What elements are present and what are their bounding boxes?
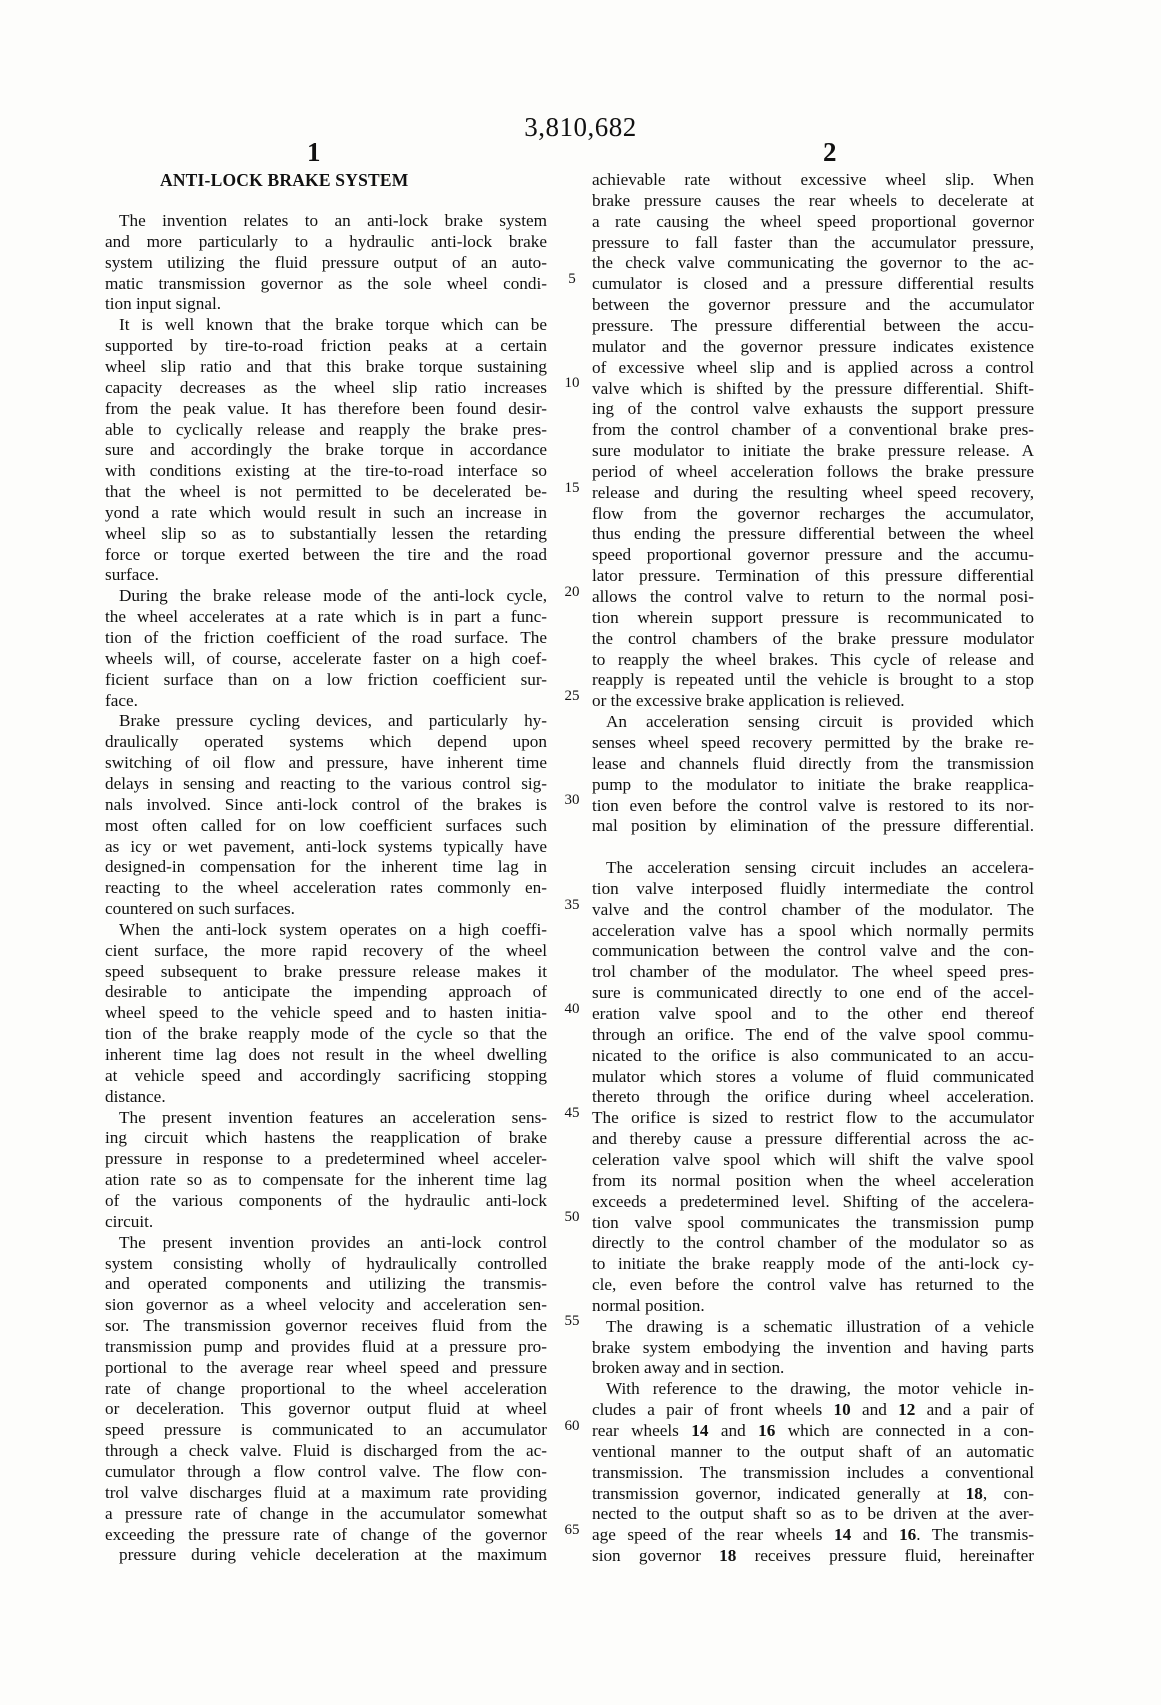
text-line: trol valve discharges fluid at a maximum… bbox=[105, 1482, 547, 1503]
text-line: and thereby cause a pressure differentia… bbox=[592, 1128, 1034, 1149]
text-line: wheel speed to the vehicle speed and to … bbox=[105, 1002, 547, 1023]
text-line: mulator which stores a volume of fluid c… bbox=[592, 1066, 1034, 1087]
text-line: sure modulator to initiate the brake pre… bbox=[592, 440, 1034, 461]
text-line: rate of change proportional to the wheel… bbox=[105, 1378, 547, 1399]
text-line: broken away and in section. bbox=[592, 1357, 1034, 1378]
text-line: circuit. bbox=[105, 1211, 547, 1232]
text-line: designed-in compensation for the inheren… bbox=[105, 856, 547, 877]
text-line: tion even before the control valve is re… bbox=[592, 795, 1034, 816]
margin-line-number: 35 bbox=[560, 897, 584, 914]
text-line: system consisting wholly of hydraulicall… bbox=[105, 1253, 547, 1274]
margin-line-number: 30 bbox=[560, 792, 584, 809]
text-line: tion valve interposed fluidly intermedia… bbox=[592, 878, 1034, 899]
text-line: or deceleration. This governor output fl… bbox=[105, 1398, 547, 1419]
margin-line-number: 15 bbox=[560, 480, 584, 497]
text-line: sure is communicated directly to one end… bbox=[592, 982, 1034, 1003]
margin-line-number: 60 bbox=[560, 1418, 584, 1435]
text-line: surface. bbox=[105, 564, 547, 585]
text-line bbox=[592, 836, 1034, 857]
text-line: countered on such surfaces. bbox=[105, 898, 547, 919]
text-line: from the control chamber of a convention… bbox=[592, 419, 1034, 440]
text-line: age speed of the rear wheels 14 and 16. … bbox=[592, 1524, 1034, 1545]
column-number-right: 2 bbox=[823, 137, 837, 168]
text-line: wheel slip so as to substantially lessen… bbox=[105, 523, 547, 544]
text-line: brake pressure causes the rear wheels to… bbox=[592, 190, 1034, 211]
text-line: transmission. The transmission includes … bbox=[592, 1462, 1034, 1483]
text-line: a rate causing the wheel speed proportio… bbox=[592, 211, 1034, 232]
text-line: pressure during vehicle deceleration at … bbox=[105, 1544, 547, 1565]
text-line: reacting to the wheel acceleration rates… bbox=[105, 877, 547, 898]
text-line: nected to the output shaft so as to be d… bbox=[592, 1503, 1034, 1524]
text-line: force or torque exerted between the tire… bbox=[105, 544, 547, 565]
text-line: through an orifice. The end of the valve… bbox=[592, 1024, 1034, 1045]
text-line: sure and accordingly the brake torque in… bbox=[105, 439, 547, 460]
text-line: eration valve spool and to the other end… bbox=[592, 1003, 1034, 1024]
text-line: normal position. bbox=[592, 1295, 1034, 1316]
text-line: allows the control valve to return to th… bbox=[592, 586, 1034, 607]
text-line: The present invention provides an anti-l… bbox=[105, 1232, 547, 1253]
text-line: as icy or wet pavement, anti-lock system… bbox=[105, 836, 547, 857]
text-line: It is well known that the brake torque w… bbox=[105, 314, 547, 335]
margin-line-number: 55 bbox=[560, 1313, 584, 1330]
text-line: able to cyclically release and reapply t… bbox=[105, 419, 547, 440]
text-line: to reapply the wheel brakes. This cycle … bbox=[592, 649, 1034, 670]
text-line: supported by tire-to-road friction peaks… bbox=[105, 335, 547, 356]
text-line: the wheel accelerates at a rate which is… bbox=[105, 606, 547, 627]
text-line: The acceleration sensing circuit include… bbox=[592, 857, 1034, 878]
margin-line-number: 20 bbox=[560, 584, 584, 601]
text-line: and operated components and utilizing th… bbox=[105, 1273, 547, 1294]
text-line: valve and the control chamber of the mod… bbox=[592, 899, 1034, 920]
text-line: sion governor 18 receives pressure fluid… bbox=[592, 1545, 1034, 1566]
text-line: a pressure rate of change in the accumul… bbox=[105, 1503, 547, 1524]
text-line: switching of oil flow and pressure, have… bbox=[105, 752, 547, 773]
text-line: of excessive wheel slip and is applied a… bbox=[592, 357, 1034, 378]
text-line: celeration valve spool which will shift … bbox=[592, 1149, 1034, 1170]
text-line: exceeding the pressure rate of change of… bbox=[105, 1524, 547, 1545]
text-line: pressure in response to a predetermined … bbox=[105, 1148, 547, 1169]
patent-number: 3,810,682 bbox=[0, 112, 1161, 143]
text-line: distance. bbox=[105, 1086, 547, 1107]
text-line: from its normal position when the wheel … bbox=[592, 1170, 1034, 1191]
text-line: flow from the governor recharges the acc… bbox=[592, 503, 1034, 524]
text-line: reapply is repeated until the vehicle is… bbox=[592, 669, 1034, 690]
margin-line-number: 10 bbox=[560, 375, 584, 392]
text-line: thereto through the orifice during wheel… bbox=[592, 1086, 1034, 1107]
text-line: from the peak value. It has therefore be… bbox=[105, 398, 547, 419]
text-line: or the excessive brake application is re… bbox=[592, 690, 1034, 711]
text-line: speed subsequent to brake pressure relea… bbox=[105, 961, 547, 982]
column-number-left: 1 bbox=[307, 137, 321, 168]
text-line: cumulator is closed and a pressure diffe… bbox=[592, 273, 1034, 294]
text-line: to initiate the brake reapply mode of th… bbox=[592, 1253, 1034, 1274]
text-line: The orifice is sized to restrict flow to… bbox=[592, 1107, 1034, 1128]
text-line: pump to the modulator to initiate the br… bbox=[592, 774, 1034, 795]
margin-line-number: 40 bbox=[560, 1001, 584, 1018]
text-line: nicated to the orifice is also communica… bbox=[592, 1045, 1034, 1066]
text-line: delays in sensing and reacting to the va… bbox=[105, 773, 547, 794]
text-line: at vehicle speed and accordingly sacrifi… bbox=[105, 1065, 547, 1086]
text-line: ing circuit which hastens the reapplicat… bbox=[105, 1127, 547, 1148]
text-line: The drawing is a schematic illustration … bbox=[592, 1316, 1034, 1337]
text-line: that the wheel is not permitted to be de… bbox=[105, 481, 547, 502]
text-line: pressure. The pressure differential betw… bbox=[592, 315, 1034, 336]
text-line: With reference to the drawing, the motor… bbox=[592, 1378, 1034, 1399]
text-line: wheels will, of course, accelerate faste… bbox=[105, 648, 547, 669]
text-line: mulator and the governor pressure indica… bbox=[592, 336, 1034, 357]
margin-line-number: 50 bbox=[560, 1209, 584, 1226]
text-line: inherent time lag does not result in the… bbox=[105, 1044, 547, 1065]
text-line: cumulator through a flow control valve. … bbox=[105, 1461, 547, 1482]
text-line: acceleration valve has a spool which nor… bbox=[592, 920, 1034, 941]
text-line: transmission governor, indicated general… bbox=[592, 1483, 1034, 1504]
text-line: period of wheel acceleration follows the… bbox=[592, 461, 1034, 482]
text-line: with conditions existing at the tire-to-… bbox=[105, 460, 547, 481]
text-line: An acceleration sensing circuit is provi… bbox=[592, 711, 1034, 732]
text-line: of the various components of the hydraul… bbox=[105, 1190, 547, 1211]
text-line: valve which is shifted by the pressure d… bbox=[592, 378, 1034, 399]
text-line: release and during the resulting wheel s… bbox=[592, 482, 1034, 503]
text-line: speed pressure is communicated to an acc… bbox=[105, 1419, 547, 1440]
text-line: and more particularly to a hydraulic ant… bbox=[105, 231, 547, 252]
text-line: lease and channels fluid directly from t… bbox=[592, 753, 1034, 774]
text-line: ficient surface than on a low friction c… bbox=[105, 669, 547, 690]
text-line: ing of the control valve exhausts the su… bbox=[592, 398, 1034, 419]
margin-line-number: 5 bbox=[560, 271, 584, 288]
text-line: cludes a pair of front wheels 10 and 12 … bbox=[592, 1399, 1034, 1420]
text-line: sor. The transmission governor receives … bbox=[105, 1315, 547, 1336]
text-line: During the brake release mode of the ant… bbox=[105, 585, 547, 606]
text-line: The present invention features an accele… bbox=[105, 1107, 547, 1128]
text-line: cient surface, the more rapid recovery o… bbox=[105, 940, 547, 961]
text-line: tion input signal. bbox=[105, 293, 547, 314]
text-line: thus ending the pressure differential be… bbox=[592, 523, 1034, 544]
text-line: The invention relates to an anti-lock br… bbox=[105, 210, 547, 231]
text-line: brake system embodying the invention and… bbox=[592, 1337, 1034, 1358]
text-line: pressure to fall faster than the accumul… bbox=[592, 232, 1034, 253]
text-line: cle, even before the control valve has r… bbox=[592, 1274, 1034, 1295]
text-line: tion valve spool communicates the transm… bbox=[592, 1212, 1034, 1233]
text-line: tion of the friction coefficient of the … bbox=[105, 627, 547, 648]
margin-line-number: 25 bbox=[560, 688, 584, 705]
text-line: the control chambers of the brake pressu… bbox=[592, 628, 1034, 649]
text-line: the check valve communicating the govern… bbox=[592, 252, 1034, 273]
text-line: Brake pressure cycling devices, and part… bbox=[105, 710, 547, 731]
text-line: achievable rate without excessive wheel … bbox=[592, 169, 1034, 190]
text-line: most often called for on low coefficient… bbox=[105, 815, 547, 836]
text-line: directly to the control chamber of the m… bbox=[592, 1232, 1034, 1253]
text-line: system utilizing the fluid pressure outp… bbox=[105, 252, 547, 273]
text-line: When the anti-lock system operates on a … bbox=[105, 919, 547, 940]
text-line: draulically operated systems which depen… bbox=[105, 731, 547, 752]
text-line: rear wheels 14 and 16 which are connecte… bbox=[592, 1420, 1034, 1441]
text-line: portional to the average rear wheel spee… bbox=[105, 1357, 547, 1378]
text-line: desirable to anticipate the impending ap… bbox=[105, 981, 547, 1002]
text-line: through a check valve. Fluid is discharg… bbox=[105, 1440, 547, 1461]
text-line: tion of the brake reapply mode of the cy… bbox=[105, 1023, 547, 1044]
text-line: senses wheel speed recovery permitted by… bbox=[592, 732, 1034, 753]
text-line: between the governor pressure and the ac… bbox=[592, 294, 1034, 315]
text-line: mal position by elimination of the press… bbox=[592, 815, 1034, 836]
text-line: lator pressure. Termination of this pres… bbox=[592, 565, 1034, 586]
text-line: trol chamber of the modulator. The wheel… bbox=[592, 961, 1034, 982]
text-line: communication between the control valve … bbox=[592, 940, 1034, 961]
text-line: wheel slip ratio and that this brake tor… bbox=[105, 356, 547, 377]
document-title: ANTI-LOCK BRAKE SYSTEM bbox=[160, 170, 408, 191]
text-line: yond a rate which would result in such a… bbox=[105, 502, 547, 523]
text-line: transmission pump and provides fluid at … bbox=[105, 1336, 547, 1357]
text-line: exceeds a predetermined level. Shifting … bbox=[592, 1191, 1034, 1212]
text-line: tion wherein support pressure is recommu… bbox=[592, 607, 1034, 628]
margin-line-number: 65 bbox=[560, 1522, 584, 1539]
text-line: capacity decreases as the wheel slip rat… bbox=[105, 377, 547, 398]
text-line: sion governor as a wheel velocity and ac… bbox=[105, 1294, 547, 1315]
text-line: matic transmission governor as the sole … bbox=[105, 273, 547, 294]
text-line: ventional manner to the output shaft of … bbox=[592, 1441, 1034, 1462]
text-line: speed proportional governor pressure and… bbox=[592, 544, 1034, 565]
text-line: ation rate so as to compensate for the i… bbox=[105, 1169, 547, 1190]
text-line: nals involved. Since anti-lock control o… bbox=[105, 794, 547, 815]
margin-line-number: 45 bbox=[560, 1105, 584, 1122]
text-line: face. bbox=[105, 690, 547, 711]
